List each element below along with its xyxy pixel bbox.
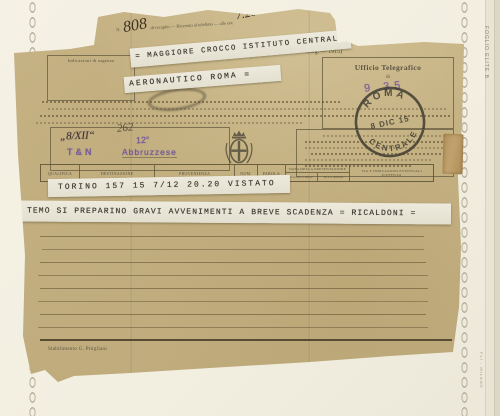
- page-outer-edge: [494, 0, 500, 416]
- entry-line-name-stamp: Abbruzzese: [122, 147, 177, 158]
- repair-tape: [442, 134, 463, 175]
- telegraph-office-title: Ufficio Telegrafico: [323, 64, 453, 72]
- royal-crest-emblem: [222, 129, 256, 167]
- delivery-prefix: N.: [116, 28, 121, 33]
- entry-number-pencil: 262: [116, 122, 134, 135]
- service-heading-strip: TORINO 157 15 7/12 20.20 VISTATO: [48, 175, 290, 197]
- telegraph-office-subtitle: di: [323, 75, 453, 80]
- urgency-indications-box: Indicazioni di urgenza: [47, 55, 135, 101]
- delivery-number-handwritten: 808: [122, 16, 148, 36]
- entry-date-handwritten: „8/XII“: [60, 130, 95, 142]
- address-strip-line2-text: AERONAUTICO ROMA =: [129, 71, 252, 89]
- delivery-annotation-line: N. 808 di recapito — Ricevuto al telefon…: [116, 11, 258, 36]
- delivery-printed-text: di recapito — Ricevuto al telefono — all…: [151, 21, 234, 31]
- entry-office-code-stamp: T&N: [67, 147, 95, 157]
- urgency-box-label: Indicazioni di urgenza: [48, 59, 134, 64]
- col-via-line2: D'UFFICIO: [382, 173, 401, 177]
- message-strip: TEMO SI PREPARINO GRAVI AVVENIMENTI A BR…: [20, 200, 451, 224]
- col-data-label: DATA DELLA PRESENTAZIONE: [289, 167, 346, 171]
- col-ora: Ora e minuti: [318, 173, 349, 181]
- address-strip-line2: AERONAUTICO ROMA =: [124, 65, 282, 93]
- printer-imprint: Stabilimento G. Pitigliani: [48, 347, 107, 352]
- album-page: FOGLIO ELITE B FLI - MILANO N. 808 di re…: [0, 0, 500, 416]
- address-strip-line1: = MAGGIORE CROCCO ISTITUTO CENTRALE: [130, 29, 352, 67]
- message-text: TEMO SI PREPARINO GRAVI AVVENIMENTI A BR…: [27, 207, 416, 218]
- sheet-brand-label: FOGLIO ELITE B: [483, 26, 488, 79]
- sheet-printer-label: FLI - MILANO: [479, 352, 483, 389]
- entry-hour-stamp: 12°: [136, 135, 150, 146]
- delivery-time-handwritten: 7.20: [234, 5, 257, 21]
- service-heading-text: TORINO 157 15 7/12 20.20 VISTATO: [58, 180, 276, 192]
- telegram-form: N. 808 di recapito — Ricevuto al telefon…: [12, 5, 468, 383]
- col-giorno: Giorno e mese: [286, 173, 318, 181]
- col-via-ufficio: VIA E INDICAZIONI EVENTUALI D'UFFICIO: [350, 165, 433, 181]
- col-data-presentazione: DATA DELLA PRESENTAZIONE Giorno e mese O…: [286, 165, 351, 181]
- address-strip-line1-text: = MAGGIORE CROCCO ISTITUTO CENTRALE: [135, 36, 345, 62]
